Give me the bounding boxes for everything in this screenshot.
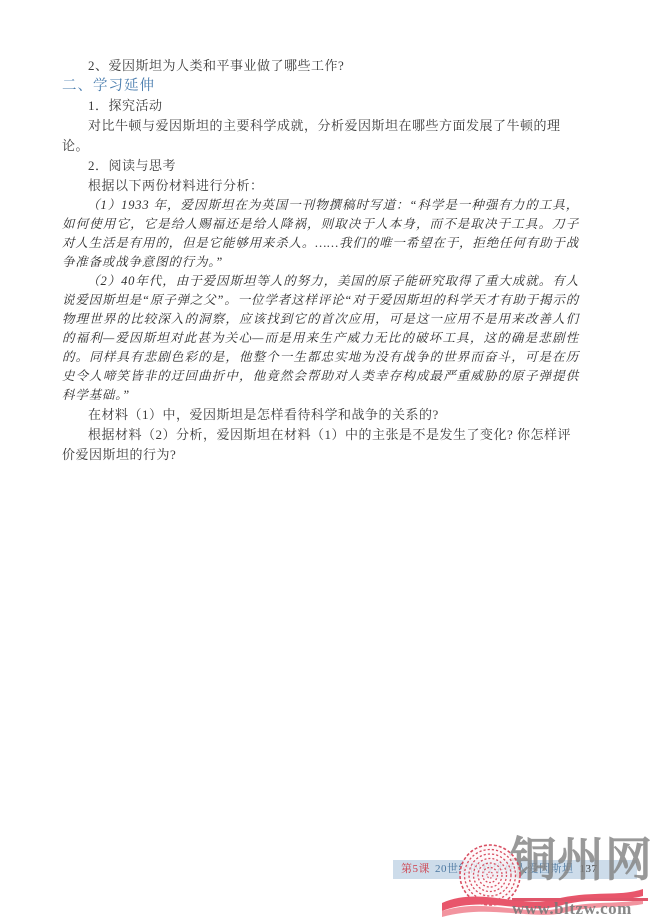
footer-lesson-number: 第5课 [401, 863, 430, 875]
material-paragraph-1: （1）1933 年，爱因斯坦在为英国一刊物撰稿时写道：“科学是一种强有力的工具，… [62, 196, 579, 272]
discussion-question-1: 在材料（1）中，爱因斯坦是怎样看待科学和战争的关系的? [62, 405, 579, 425]
activity-1-title: 1．探究活动 [62, 96, 579, 116]
page-body: 2、爱因斯坦为人类和平事业做了哪些工作? 二、学习延伸 1．探究活动 对比牛顿与… [62, 56, 579, 465]
prev-question: 2、爱因斯坦为人类和平事业做了哪些工作? [62, 56, 579, 76]
activity-2-title: 2．阅读与思考 [62, 156, 579, 176]
section-title: 二、学习延伸 [62, 76, 579, 96]
material-paragraph-2: （2）40年代，由于爱因斯坦等人的努力，美国的原子能研究取得了重大成就。有人说爱… [62, 272, 579, 405]
discussion-question-2: 根据材料（2）分析，爱因斯坦在材料（1）中的主张是不是发生了变化? 你怎样评价爱… [62, 425, 579, 465]
watermark-site-url: www.bltzw.com [512, 899, 632, 919]
activity-1-text: 对比牛顿与爱因斯坦的主要科学成就，分析爱因斯坦在哪些方面发展了牛顿的理论。 [62, 116, 579, 156]
activity-2-intro: 根据以下两份材料进行分析： [62, 176, 579, 196]
